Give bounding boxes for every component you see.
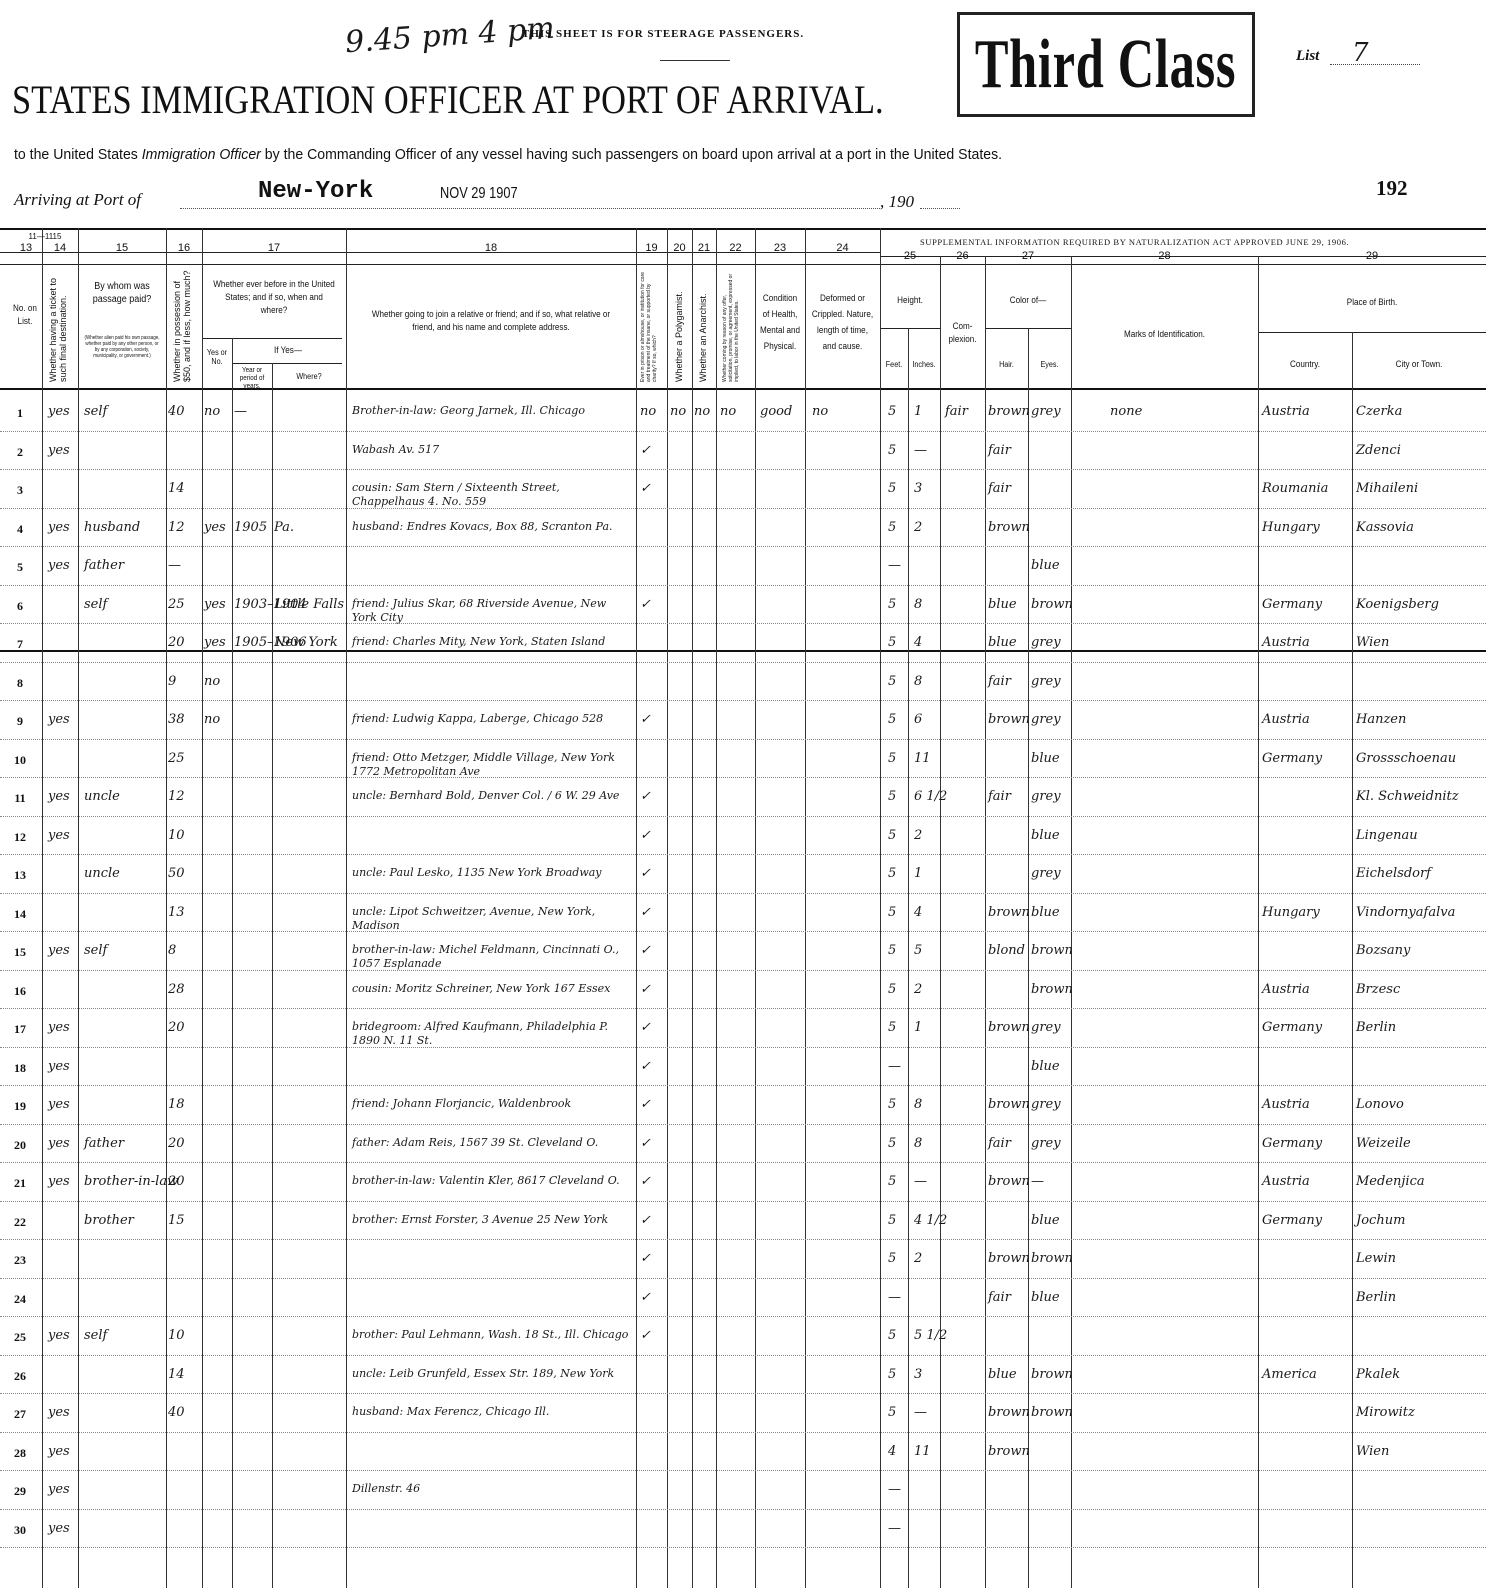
ticket-cell: yes — [48, 1405, 70, 1420]
city-cell: Brzesc — [1356, 982, 1400, 997]
country-cell: Austria — [1262, 982, 1310, 997]
header-inches: Inches. — [910, 358, 939, 371]
join-relative-cell: husband: Endres Kovacs, Box 88, Scranton… — [352, 520, 632, 534]
feet-cell: 5 — [888, 866, 896, 881]
col-divider — [805, 228, 806, 1588]
row-rule — [0, 777, 1486, 778]
feet-cell: — — [888, 1521, 901, 1536]
join-relative-cell: cousin: Sam Stern / Sixteenth Street, Ch… — [352, 481, 632, 509]
passage-paid-cell: husband — [84, 520, 140, 535]
money-cell: 50 — [168, 866, 185, 881]
country-cell: America — [1262, 1367, 1317, 1382]
eye-color-cell: grey — [1031, 1097, 1061, 1112]
join-relative-cell: uncle: Bernhard Bold, Denver Col. / 6 W.… — [352, 789, 632, 803]
header-bottom-rule — [0, 388, 1486, 390]
col-number-23: 23 — [755, 242, 805, 254]
feet-cell: 5 — [888, 520, 896, 535]
city-cell: Jochum — [1356, 1213, 1405, 1228]
eye-color-cell: brown — [1031, 943, 1073, 958]
inches-cell: — — [914, 1174, 927, 1189]
inches-cell: 2 — [914, 828, 922, 843]
page-number: 192 — [1376, 176, 1408, 201]
ticket-cell: yes — [48, 1020, 70, 1035]
col-divider — [755, 228, 756, 1588]
inches-cell: 4 — [914, 635, 922, 650]
row-rule — [0, 1316, 1486, 1317]
city-cell: Kl. Schweidnitz — [1356, 789, 1459, 804]
prison-cell: no — [640, 404, 656, 419]
header-no-on-list: No. on List. — [10, 302, 41, 328]
eye-color-cell: blue — [1031, 1213, 1060, 1228]
col-divider — [1352, 332, 1353, 1588]
prison-cell: ✓ — [640, 443, 651, 458]
city-cell: Weizeile — [1356, 1136, 1411, 1151]
col-divider — [78, 228, 79, 1588]
eye-color-cell: grey — [1031, 712, 1061, 727]
inches-cell: 5 — [914, 943, 922, 958]
col-number-20: 20 — [667, 242, 692, 254]
row-number: 15 — [0, 945, 40, 960]
inches-cell: 2 — [914, 1251, 922, 1266]
country-cell: Austria — [1262, 1097, 1310, 1112]
prison-cell: ✓ — [640, 943, 651, 958]
col-divider — [636, 228, 637, 1588]
country-cell: Germany — [1262, 1020, 1322, 1035]
passage-paid-cell: self — [84, 404, 107, 419]
eye-color-cell: blue — [1031, 905, 1060, 920]
inches-cell: 5 1/2 — [914, 1328, 947, 1343]
col-divider — [667, 228, 668, 1588]
before-in-us-cell: yes — [204, 520, 226, 535]
country-cell: Austria — [1262, 1174, 1310, 1189]
eye-color-cell: brown — [1031, 1251, 1073, 1266]
passage-paid-cell: self — [84, 597, 107, 612]
row-number: 29 — [0, 1484, 40, 1499]
country-cell: Germany — [1262, 1213, 1322, 1228]
row-number: 23 — [0, 1253, 40, 1268]
ticket-cell: yes — [48, 520, 70, 535]
eye-color-cell: blue — [1031, 558, 1060, 573]
before-in-us-cell: yes — [204, 597, 226, 612]
city-cell: Medenjica — [1356, 1174, 1425, 1189]
header-eyes: Eyes. — [1030, 358, 1069, 371]
c17-sub-rule — [202, 338, 342, 339]
manifest-table: 11—1115 SUPPLEMENTAL INFORMATION REQUIRE… — [0, 220, 1486, 1588]
row-rule — [0, 1085, 1486, 1086]
eye-color-cell: blue — [1031, 1290, 1060, 1305]
hair-color-cell: brown — [988, 712, 1030, 727]
row-rule — [0, 816, 1486, 817]
col-number-17: 17 — [202, 242, 346, 254]
row-rule — [0, 546, 1486, 547]
inches-cell: 3 — [914, 1367, 922, 1382]
ticket-cell: yes — [48, 1444, 70, 1459]
row-number: 12 — [0, 830, 40, 845]
col-divider — [716, 228, 717, 1588]
join-relative-cell: friend: Julius Skar, 68 Riverside Avenue… — [352, 597, 632, 625]
eye-color-cell: grey — [1031, 866, 1061, 881]
subtitle-post: by the Commanding Officer of any vessel … — [261, 146, 1002, 163]
col-number-18: 18 — [346, 242, 636, 254]
ticket-cell: yes — [48, 1482, 70, 1497]
col-number-21: 21 — [692, 242, 716, 254]
city-cell: Kassovia — [1356, 520, 1414, 535]
row-rule — [0, 469, 1486, 470]
money-cell: 20 — [168, 635, 185, 650]
city-cell: Zdenci — [1356, 443, 1401, 458]
hair-color-cell: fair — [988, 1290, 1011, 1305]
city-cell: Bozsany — [1356, 943, 1410, 958]
city-cell: Berlin — [1356, 1020, 1396, 1035]
prison-cell: ✓ — [640, 1213, 651, 1228]
feet-cell: 5 — [888, 789, 896, 804]
city-cell: Berlin — [1356, 1290, 1396, 1305]
eye-color-cell: — — [1031, 1174, 1044, 1189]
join-relative-cell: bridegroom: Alfred Kaufmann, Philadelphi… — [352, 1020, 632, 1048]
before-in-us-cell: no — [204, 404, 220, 419]
col-divider — [1258, 256, 1259, 1588]
city-cell: Eichelsdorf — [1356, 866, 1431, 881]
row-rule — [0, 1393, 1486, 1394]
prison-cell: ✓ — [640, 866, 651, 881]
row-rule — [0, 623, 1486, 624]
row-number: 7 — [0, 637, 40, 652]
prison-cell: ✓ — [640, 1059, 651, 1074]
col-number-16: 16 — [166, 242, 202, 254]
join-relative-cell: uncle: Lipot Schweitzer, Avenue, New Yor… — [352, 905, 632, 933]
row-rule — [0, 700, 1486, 701]
passage-paid-cell: brother-in-law — [84, 1174, 178, 1189]
row-number: 14 — [0, 907, 40, 922]
header-passage-paid: By whom was passage paid? — [84, 280, 160, 306]
money-cell: 18 — [168, 1097, 185, 1112]
steerage-notice: THIS SHEET IS FOR STEERAGE PASSENGERS. — [522, 28, 804, 40]
row-number: 18 — [0, 1061, 40, 1076]
header-join-relative: Whether going to join a relative or frie… — [364, 308, 618, 334]
hair-color-cell: blue — [988, 597, 1017, 612]
money-cell: 20 — [168, 1174, 185, 1189]
before-in-us-cell: no — [204, 712, 220, 727]
row-number: 25 — [0, 1330, 40, 1345]
where-cell: Pa. — [274, 520, 294, 535]
feet-cell: 5 — [888, 674, 896, 689]
eye-color-cell: brown — [1031, 982, 1073, 997]
deformed-cell: no — [812, 404, 828, 419]
feet-cell: — — [888, 558, 901, 573]
prison-cell: ✓ — [640, 712, 651, 727]
page-title: STATES IMMIGRATION OFFICER AT PORT OF AR… — [12, 76, 884, 123]
header-health: Condition of Health, Mental and Physical… — [759, 290, 800, 354]
city-cell: Lewin — [1356, 1251, 1396, 1266]
prison-cell: ✓ — [640, 1290, 651, 1305]
country-cell: Germany — [1262, 751, 1322, 766]
row-number: 8 — [0, 676, 40, 691]
year-suffix: , 190 — [880, 192, 914, 212]
row-number: 2 — [0, 445, 40, 460]
header-yes-no: Yes or No. — [204, 348, 229, 366]
row-number: 27 — [0, 1407, 40, 1422]
complexion-cell: fair — [945, 404, 968, 419]
feet-cell: 5 — [888, 712, 896, 727]
col-number-15: 15 — [78, 242, 166, 254]
row-number: 5 — [0, 560, 40, 575]
money-cell: 8 — [168, 943, 176, 958]
feet-cell: 5 — [888, 982, 896, 997]
inches-cell: 2 — [914, 982, 922, 997]
header-hair: Hair. — [987, 358, 1026, 371]
row-rule — [0, 431, 1486, 432]
city-cell: Czerka — [1356, 404, 1402, 419]
row-number: 9 — [0, 714, 40, 729]
header-polygamist: Whether a Polygamist. — [674, 272, 684, 382]
city-cell: Koenigsberg — [1356, 597, 1439, 612]
prison-cell: ✓ — [640, 481, 651, 496]
hair-color-cell: fair — [988, 674, 1011, 689]
header-anarchist: Whether an Anarchist. — [698, 272, 708, 382]
row-rule — [0, 662, 1486, 663]
supplemental-banner: SUPPLEMENTAL INFORMATION REQUIRED BY NAT… — [920, 237, 1349, 247]
country-cell: Roumania — [1262, 481, 1328, 496]
row-rule — [0, 893, 1486, 894]
money-cell: 14 — [168, 1367, 185, 1382]
class-stamp-label: Third Class — [975, 25, 1236, 105]
before-in-us-cell: no — [204, 674, 220, 689]
col-divider — [940, 256, 941, 1588]
money-cell: 12 — [168, 789, 185, 804]
join-relative-cell: friend: Johann Florjancic, Waldenbrook — [352, 1097, 632, 1111]
table-top-rule — [0, 228, 1486, 230]
prison-cell: ✓ — [640, 828, 651, 843]
prison-cell: ✓ — [640, 1020, 651, 1035]
row-number: 4 — [0, 522, 40, 537]
inches-cell: — — [914, 443, 927, 458]
col-divider — [1071, 256, 1072, 1588]
inches-cell: 8 — [914, 597, 922, 612]
row-rule — [0, 1239, 1486, 1240]
col-divider — [166, 228, 167, 1588]
c25-sub-rule — [880, 328, 940, 329]
inches-cell: 8 — [914, 1097, 922, 1112]
passage-paid-cell: brother — [84, 1213, 134, 1228]
join-relative-cell: brother: Ernst Forster, 3 Avenue 25 New … — [352, 1213, 632, 1227]
join-relative-cell: brother-in-law: Valentin Kler, 8617 Clev… — [352, 1174, 632, 1188]
header-sub-rule — [0, 264, 1486, 265]
join-relative-cell: friend: Charles Mity, New York, Staten I… — [352, 635, 632, 649]
port-value: New-York — [258, 178, 373, 205]
feet-cell: — — [888, 1290, 901, 1305]
passage-paid-cell: father — [84, 1136, 124, 1151]
inches-cell: 1 — [914, 1020, 922, 1035]
col-divider — [692, 228, 693, 1588]
money-cell: 20 — [168, 1136, 185, 1151]
money-cell: 10 — [168, 1328, 185, 1343]
join-relative-cell: Dillenstr. 46 — [352, 1482, 632, 1496]
col-divider — [232, 338, 233, 1588]
passage-paid-cell: self — [84, 943, 107, 958]
eye-color-cell: grey — [1031, 674, 1061, 689]
prison-cell: ✓ — [640, 1174, 651, 1189]
join-relative-cell: friend: Otto Metzger, Middle Village, Ne… — [352, 751, 632, 779]
feet-cell: 5 — [888, 943, 896, 958]
money-cell: 40 — [168, 1405, 185, 1420]
hair-color-cell: fair — [988, 1136, 1011, 1151]
hair-color-cell: brown — [988, 1020, 1030, 1035]
city-cell: Mirowitz — [1356, 1405, 1415, 1420]
feet-cell: 5 — [888, 443, 896, 458]
money-cell: 12 — [168, 520, 185, 535]
row-rule — [0, 1547, 1486, 1548]
hair-color-cell: brown — [988, 1444, 1030, 1459]
feet-cell: 4 — [888, 1444, 896, 1459]
feet-cell: 5 — [888, 828, 896, 843]
feet-cell: — — [888, 1059, 901, 1074]
prison-cell: ✓ — [640, 905, 651, 920]
hair-color-cell: brown — [988, 1097, 1030, 1112]
col-number-24: 24 — [805, 242, 880, 254]
hair-color-cell: fair — [988, 443, 1011, 458]
hair-color-cell: brown — [988, 1174, 1030, 1189]
header-contract-labor: Whether coming by reason of any offer, s… — [722, 270, 740, 382]
city-cell: Vindornyafalva — [1356, 905, 1455, 920]
city-cell: Pkalek — [1356, 1367, 1400, 1382]
col-number-26: 26 — [940, 250, 985, 262]
row-rule — [0, 1432, 1486, 1433]
row-rule — [0, 1201, 1486, 1202]
money-cell: 28 — [168, 982, 185, 997]
prison-cell: ✓ — [640, 982, 651, 997]
header-passage-note: (Whether alien paid his own passage, whe… — [84, 335, 160, 359]
hair-color-cell: brown — [988, 404, 1030, 419]
c17-yes-rule — [232, 363, 342, 364]
col-number-29: 29 — [1258, 250, 1486, 262]
eye-color-cell: grey — [1031, 1020, 1061, 1035]
eye-color-cell: grey — [1031, 404, 1061, 419]
money-cell: 15 — [168, 1213, 185, 1228]
money-cell: 14 — [168, 481, 185, 496]
passage-paid-cell: self — [84, 1328, 107, 1343]
c29-sub-rule — [1258, 332, 1486, 333]
money-cell: 25 — [168, 751, 185, 766]
row-rule — [0, 1124, 1486, 1125]
row-rule — [0, 585, 1486, 586]
row-number: 3 — [0, 483, 40, 498]
hair-color-cell: blue — [988, 1367, 1017, 1382]
inches-cell: 1 — [914, 866, 922, 881]
row-number: 21 — [0, 1176, 40, 1191]
feet-cell: 5 — [888, 1097, 896, 1112]
money-cell: 40 — [168, 404, 185, 419]
join-relative-cell: father: Adam Reis, 1567 39 St. Cleveland… — [352, 1136, 632, 1150]
feet-cell: 5 — [888, 905, 896, 920]
list-label: List — [1296, 48, 1319, 65]
col-divider — [908, 328, 909, 1588]
subtitle-pre: to the United States — [14, 146, 142, 163]
city-cell: Wien — [1356, 635, 1389, 650]
country-cell: Hungary — [1262, 905, 1320, 920]
feet-cell: 5 — [888, 1367, 896, 1382]
header-prison: Ever in prison or almshouse, or institut… — [640, 270, 658, 382]
row-rule — [0, 739, 1486, 740]
row-rule — [0, 1278, 1486, 1279]
row-rule — [0, 1008, 1486, 1009]
inches-cell: 4 1/2 — [914, 1213, 947, 1228]
row-number: 28 — [0, 1446, 40, 1461]
row-rule — [0, 1509, 1486, 1510]
col-divider — [346, 228, 347, 1588]
header-deformed: Deformed or Crippled. Nature, length of … — [811, 290, 875, 354]
country-cell: Germany — [1262, 1136, 1322, 1151]
polygamist-cell: no — [670, 404, 686, 419]
hair-color-cell: brown — [988, 1405, 1030, 1420]
col-divider — [1028, 328, 1029, 1588]
feet-cell: — — [888, 1482, 901, 1497]
feet-cell: 5 — [888, 404, 896, 419]
ticket-cell: yes — [48, 1097, 70, 1112]
country-cell: Austria — [1262, 635, 1310, 650]
money-cell: 9 — [168, 674, 176, 689]
eye-color-cell: brown — [1031, 1367, 1073, 1382]
city-cell: Mihaileni — [1356, 481, 1418, 496]
port-line — [180, 208, 880, 209]
row-rule — [0, 1162, 1486, 1163]
inches-cell: 3 — [914, 481, 922, 496]
subtitle: to the United States Immigration Officer… — [14, 146, 1002, 163]
ticket-cell: yes — [48, 1174, 70, 1189]
row-rule — [0, 1470, 1486, 1471]
row-number: 26 — [0, 1369, 40, 1384]
year-line — [920, 208, 960, 209]
join-relative-cell: uncle: Leib Grunfeld, Essex Str. 189, Ne… — [352, 1367, 632, 1381]
header-before-in-us: Whether ever before in the United States… — [211, 278, 337, 317]
ticket-cell: yes — [48, 1059, 70, 1074]
inches-cell: 8 — [914, 674, 922, 689]
join-relative-cell: friend: Ludwig Kappa, Laberge, Chicago 5… — [352, 712, 632, 726]
city-cell: Wien — [1356, 1444, 1389, 1459]
join-relative-cell: brother-in-law: Michel Feldmann, Cincinn… — [352, 943, 632, 971]
row-rule — [0, 508, 1486, 509]
row-rule — [0, 931, 1486, 932]
ticket-cell: yes — [48, 443, 70, 458]
feet-cell: 5 — [888, 597, 896, 612]
row-number: 24 — [0, 1292, 40, 1307]
ticket-cell: yes — [48, 828, 70, 843]
col-number-13: 13 — [10, 242, 42, 254]
row-rule — [0, 854, 1486, 855]
ticket-cell: yes — [48, 943, 70, 958]
feet-cell: 5 — [888, 1136, 896, 1151]
ticket-cell: yes — [48, 789, 70, 804]
row-number: 11 — [0, 791, 40, 806]
where-cell: Little Falls — [274, 597, 344, 612]
city-cell: Hanzen — [1356, 712, 1406, 727]
header-ticket: Whether having a ticket to such final de… — [48, 270, 68, 382]
join-relative-cell: Wabash Av. 517 — [352, 443, 632, 457]
third-class-stamp: Third Class — [957, 12, 1255, 117]
row-number: 22 — [0, 1215, 40, 1230]
row-number: 17 — [0, 1022, 40, 1037]
header-if-yes: If Yes— — [238, 344, 339, 357]
eye-color-cell: brown — [1031, 1405, 1073, 1420]
feet-cell: 5 — [888, 481, 896, 496]
join-relative-cell: uncle: Paul Lesko, 1135 New York Broadwa… — [352, 866, 632, 880]
country-cell: Germany — [1262, 597, 1322, 612]
country-cell: Austria — [1262, 404, 1310, 419]
port-label: Arriving at Port of — [14, 190, 141, 210]
row-number: 20 — [0, 1138, 40, 1153]
header-period: Year or period of years. — [234, 367, 270, 391]
prison-cell: ✓ — [640, 1251, 651, 1266]
hair-color-cell: brown — [988, 520, 1030, 535]
